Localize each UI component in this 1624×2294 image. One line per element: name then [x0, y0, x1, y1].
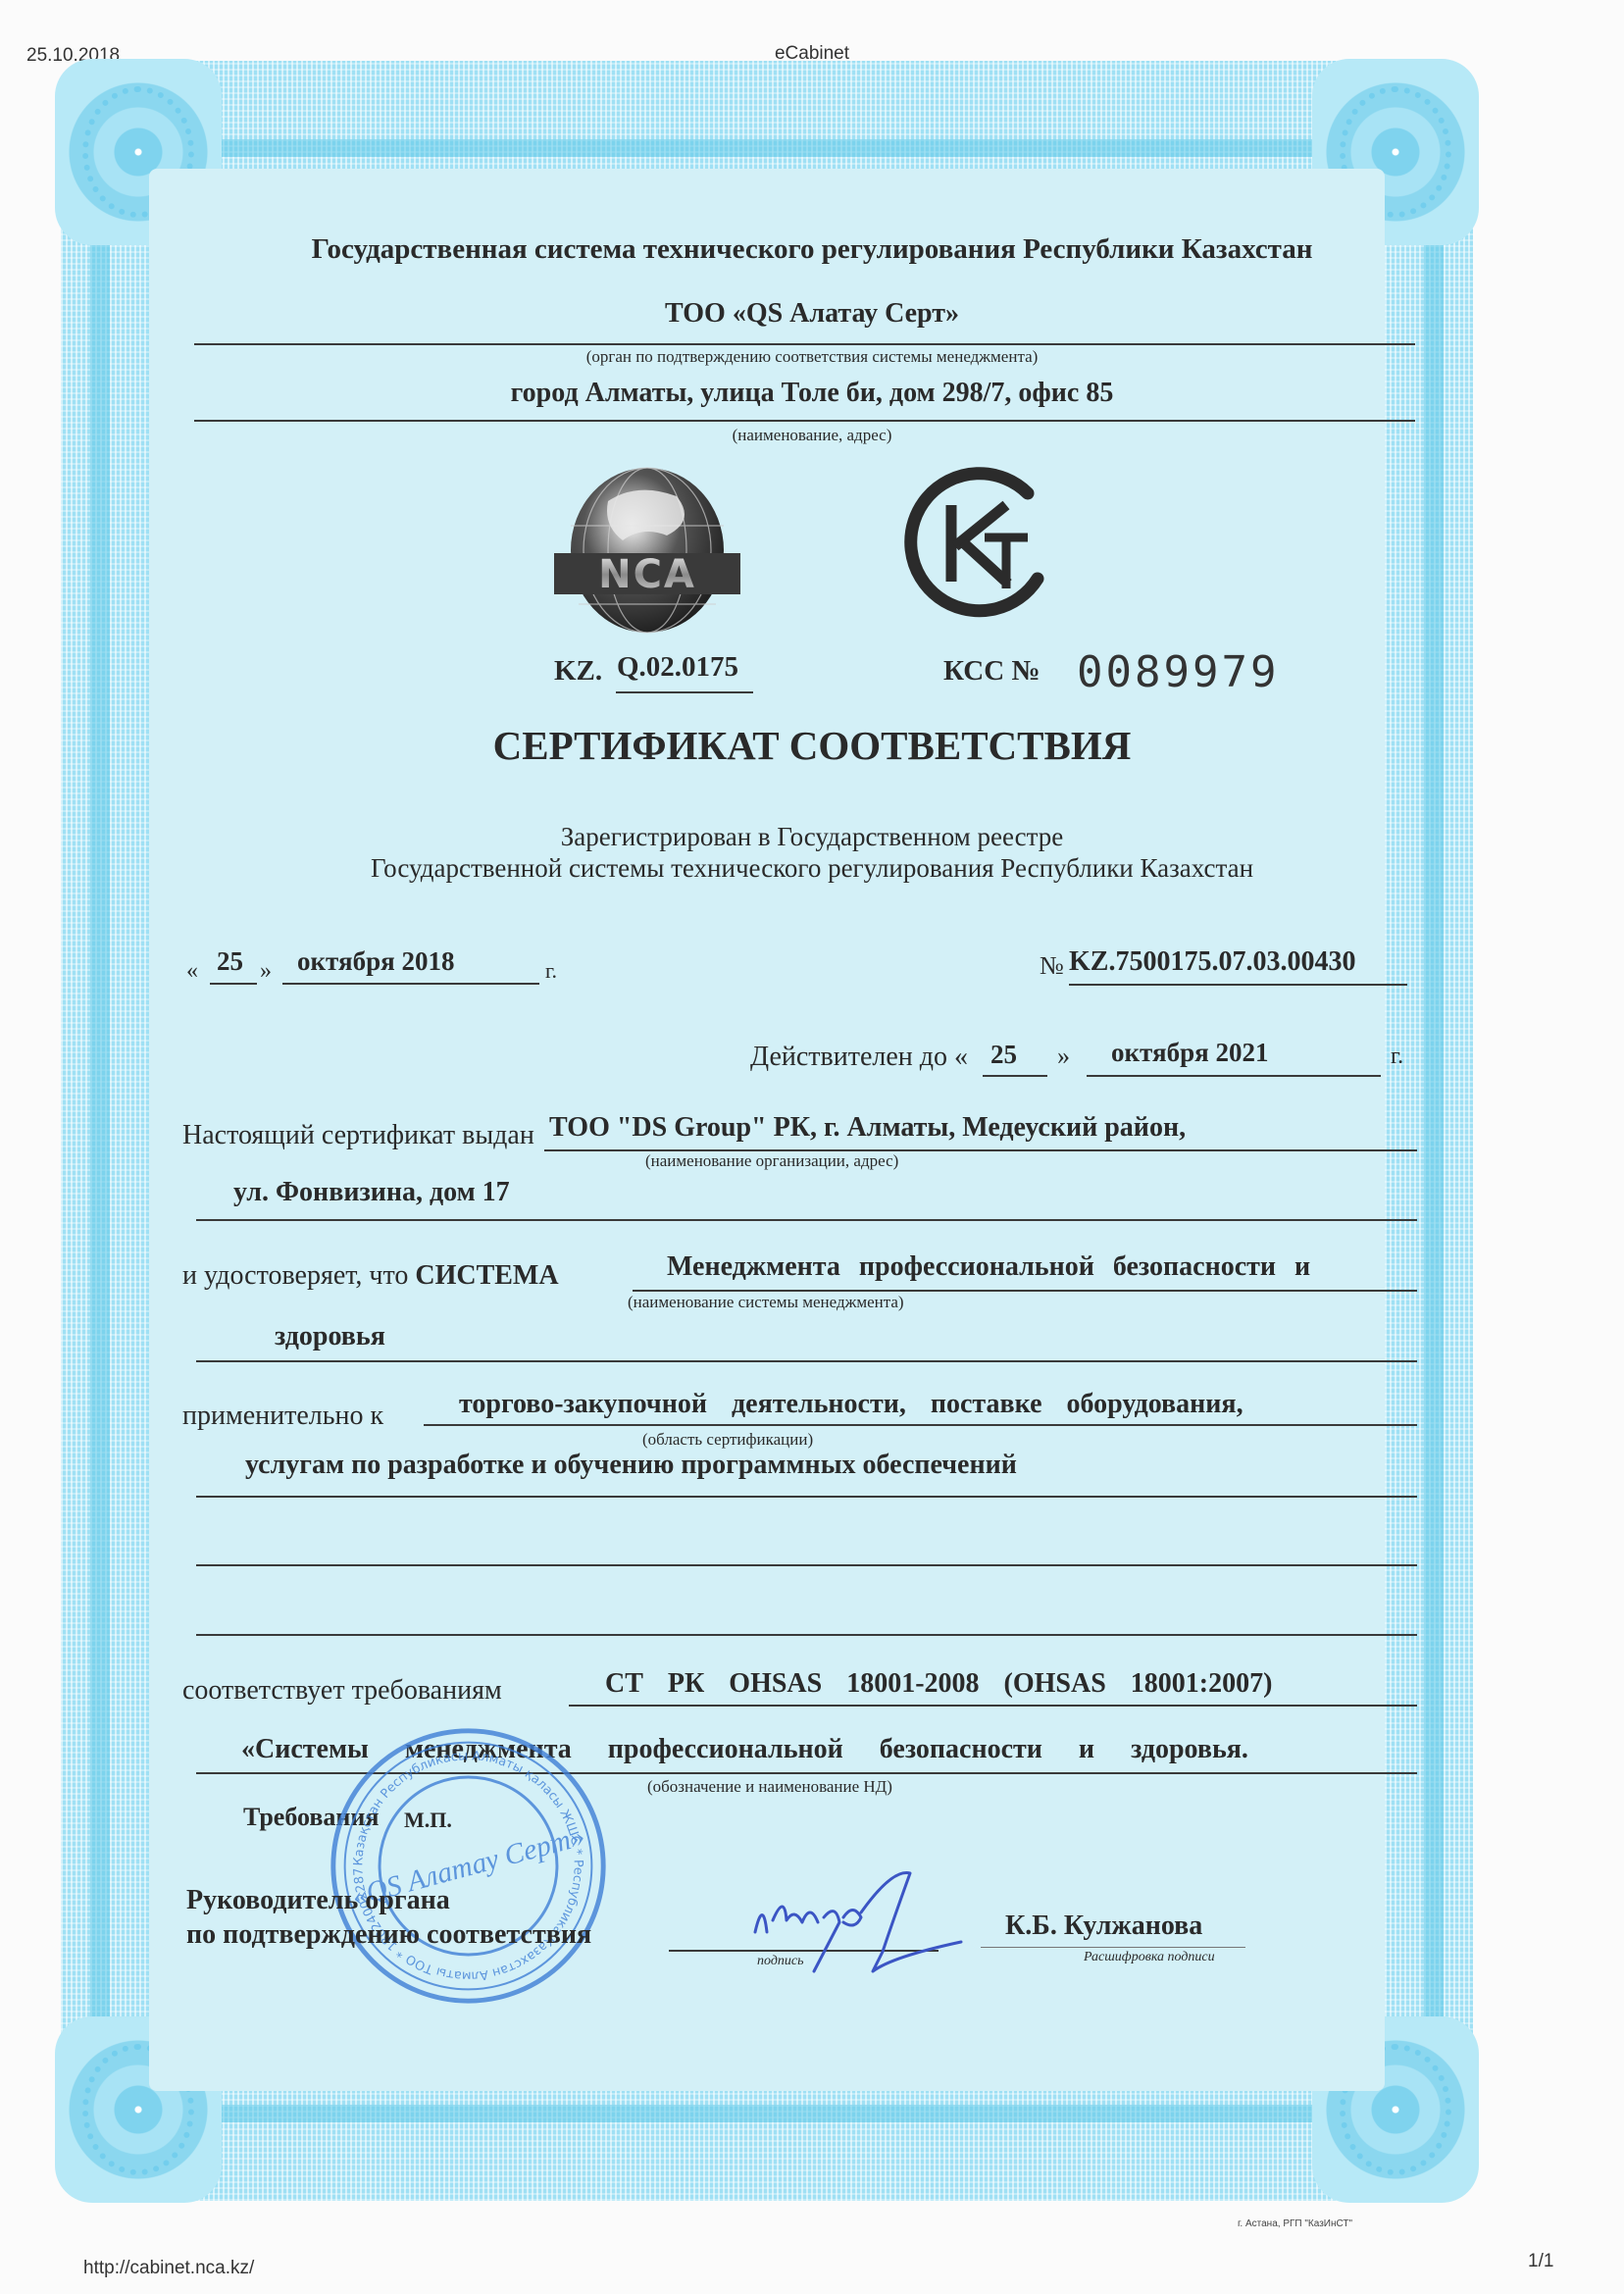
underline: [196, 1634, 1417, 1636]
reg-date-month-year: октября 2018: [297, 946, 454, 977]
underline: [196, 1219, 1417, 1221]
underline: [194, 420, 1415, 422]
scope-caption: (область сертификации): [642, 1430, 813, 1450]
name-caption: Расшифровка подписи: [1084, 1950, 1215, 1965]
reg-date-open-quote: «: [186, 958, 198, 985]
underline: [1087, 1075, 1381, 1077]
issuer-name: ТОО «QS Алатау Серт»: [0, 298, 1624, 330]
certificate-title: СЕРТИФИКАТ СООТВЕТСТВИЯ: [0, 722, 1624, 769]
issued-to-line1: ТОО "DS Group" РК, г. Алматы, Медеуский …: [549, 1112, 1186, 1144]
system-label-bold: СИСТЕМА: [415, 1260, 558, 1291]
print-url: http://cabinet.nca.kz/: [83, 2258, 254, 2279]
valid-until-close-quote: »: [1057, 1042, 1070, 1071]
system-label-prefix: и удостоверяет, что: [182, 1260, 415, 1291]
accreditation-number: Q.02.0175: [617, 651, 738, 684]
conforms-caption: (обозначение и наименование НД): [647, 1777, 892, 1797]
conforms-label: соответствует требованиям: [182, 1675, 502, 1707]
underline: [196, 1496, 1417, 1498]
issued-to-caption: (наименование организации, адрес): [645, 1151, 898, 1171]
underline: [282, 983, 539, 985]
border-band: [61, 2105, 1473, 2122]
accreditation-prefix: KZ.: [554, 655, 602, 688]
issuer-address-caption: (наименование, адрес): [0, 426, 1624, 445]
underline: [424, 1424, 1417, 1426]
underline: [196, 1564, 1417, 1566]
scope-label: применительно к: [182, 1401, 383, 1432]
system-caption: (наименование системы менеджмента): [628, 1293, 904, 1312]
reg-number: KZ.7500175.07.03.00430: [1069, 946, 1355, 978]
issued-to-label: Настоящий сертификат выдан: [182, 1120, 534, 1151]
issuer-name-caption: (орган по подтверждению соответствия сис…: [0, 347, 1624, 367]
seal-stamp-icon: Казақстан Республикасы Алматы қаласы ЖШС…: [324, 1721, 613, 2011]
kss-number: 0089979: [1077, 647, 1279, 697]
reg-date-close-quote: »: [260, 958, 272, 985]
underline: [196, 1360, 1417, 1362]
registered-line1: Зарегистрирован в Государственном реестр…: [0, 822, 1624, 852]
underline: [194, 343, 1415, 345]
header-text: Государственная система технического рег…: [0, 233, 1624, 266]
underline: [616, 691, 753, 693]
scope-line2: услугам по разработке и обучению програм…: [245, 1450, 1017, 1481]
valid-until-month-year: октября 2021: [1111, 1038, 1268, 1068]
underline: [633, 1290, 1417, 1292]
name-line: [981, 1947, 1245, 1948]
conforms-line1: СТ РК OHSAS 18001-2008 (OHSAS 18001:2007…: [605, 1668, 1272, 1700]
signatory-label-line1: Руководитель органа: [186, 1885, 450, 1916]
nca-globe-logo-icon: NCA: [549, 467, 745, 643]
reg-date-day: 25: [217, 946, 243, 977]
reg-date-suffix: г.: [545, 958, 557, 984]
underline: [569, 1705, 1417, 1707]
registered-line2: Государственной системы технического рег…: [0, 853, 1624, 884]
valid-until-day: 25: [990, 1040, 1017, 1070]
system-line2: здоровья: [275, 1321, 385, 1352]
print-page-number: 1/1: [1528, 2251, 1553, 2272]
kss-label: КСС №: [943, 655, 1040, 688]
printer-mark: г. Астана, РГП "КазИнСТ": [1238, 2218, 1352, 2229]
issued-to-line2: ул. Фонвизина, дом 17: [233, 1177, 510, 1208]
issuer-address: город Алматы, улица Толе би, дом 298/7, …: [0, 378, 1624, 409]
underline: [210, 983, 257, 985]
handwritten-signature-icon: [745, 1863, 971, 1981]
kz-conformity-mark-icon: [890, 466, 1057, 628]
svg-text:NCA: NCA: [598, 552, 696, 597]
signatory-name: К.Б. Кулжанова: [1005, 1911, 1202, 1942]
underline: [983, 1075, 1047, 1077]
valid-until-label: Действителен до «: [750, 1042, 968, 1073]
scope-line1: торгово-закупочной деятельности, поставк…: [459, 1389, 1243, 1420]
reg-number-label: №: [1040, 951, 1064, 981]
underline: [1069, 984, 1407, 986]
valid-until-suffix: г.: [1391, 1044, 1403, 1070]
border-band: [61, 139, 1473, 157]
signatory-label-line2: по подтверждению соответствия: [186, 1919, 591, 1951]
system-label: и удостоверяет, что СИСТЕМА: [182, 1260, 559, 1292]
system-line1: Менеджмента профессиональной безопасност…: [667, 1251, 1310, 1283]
